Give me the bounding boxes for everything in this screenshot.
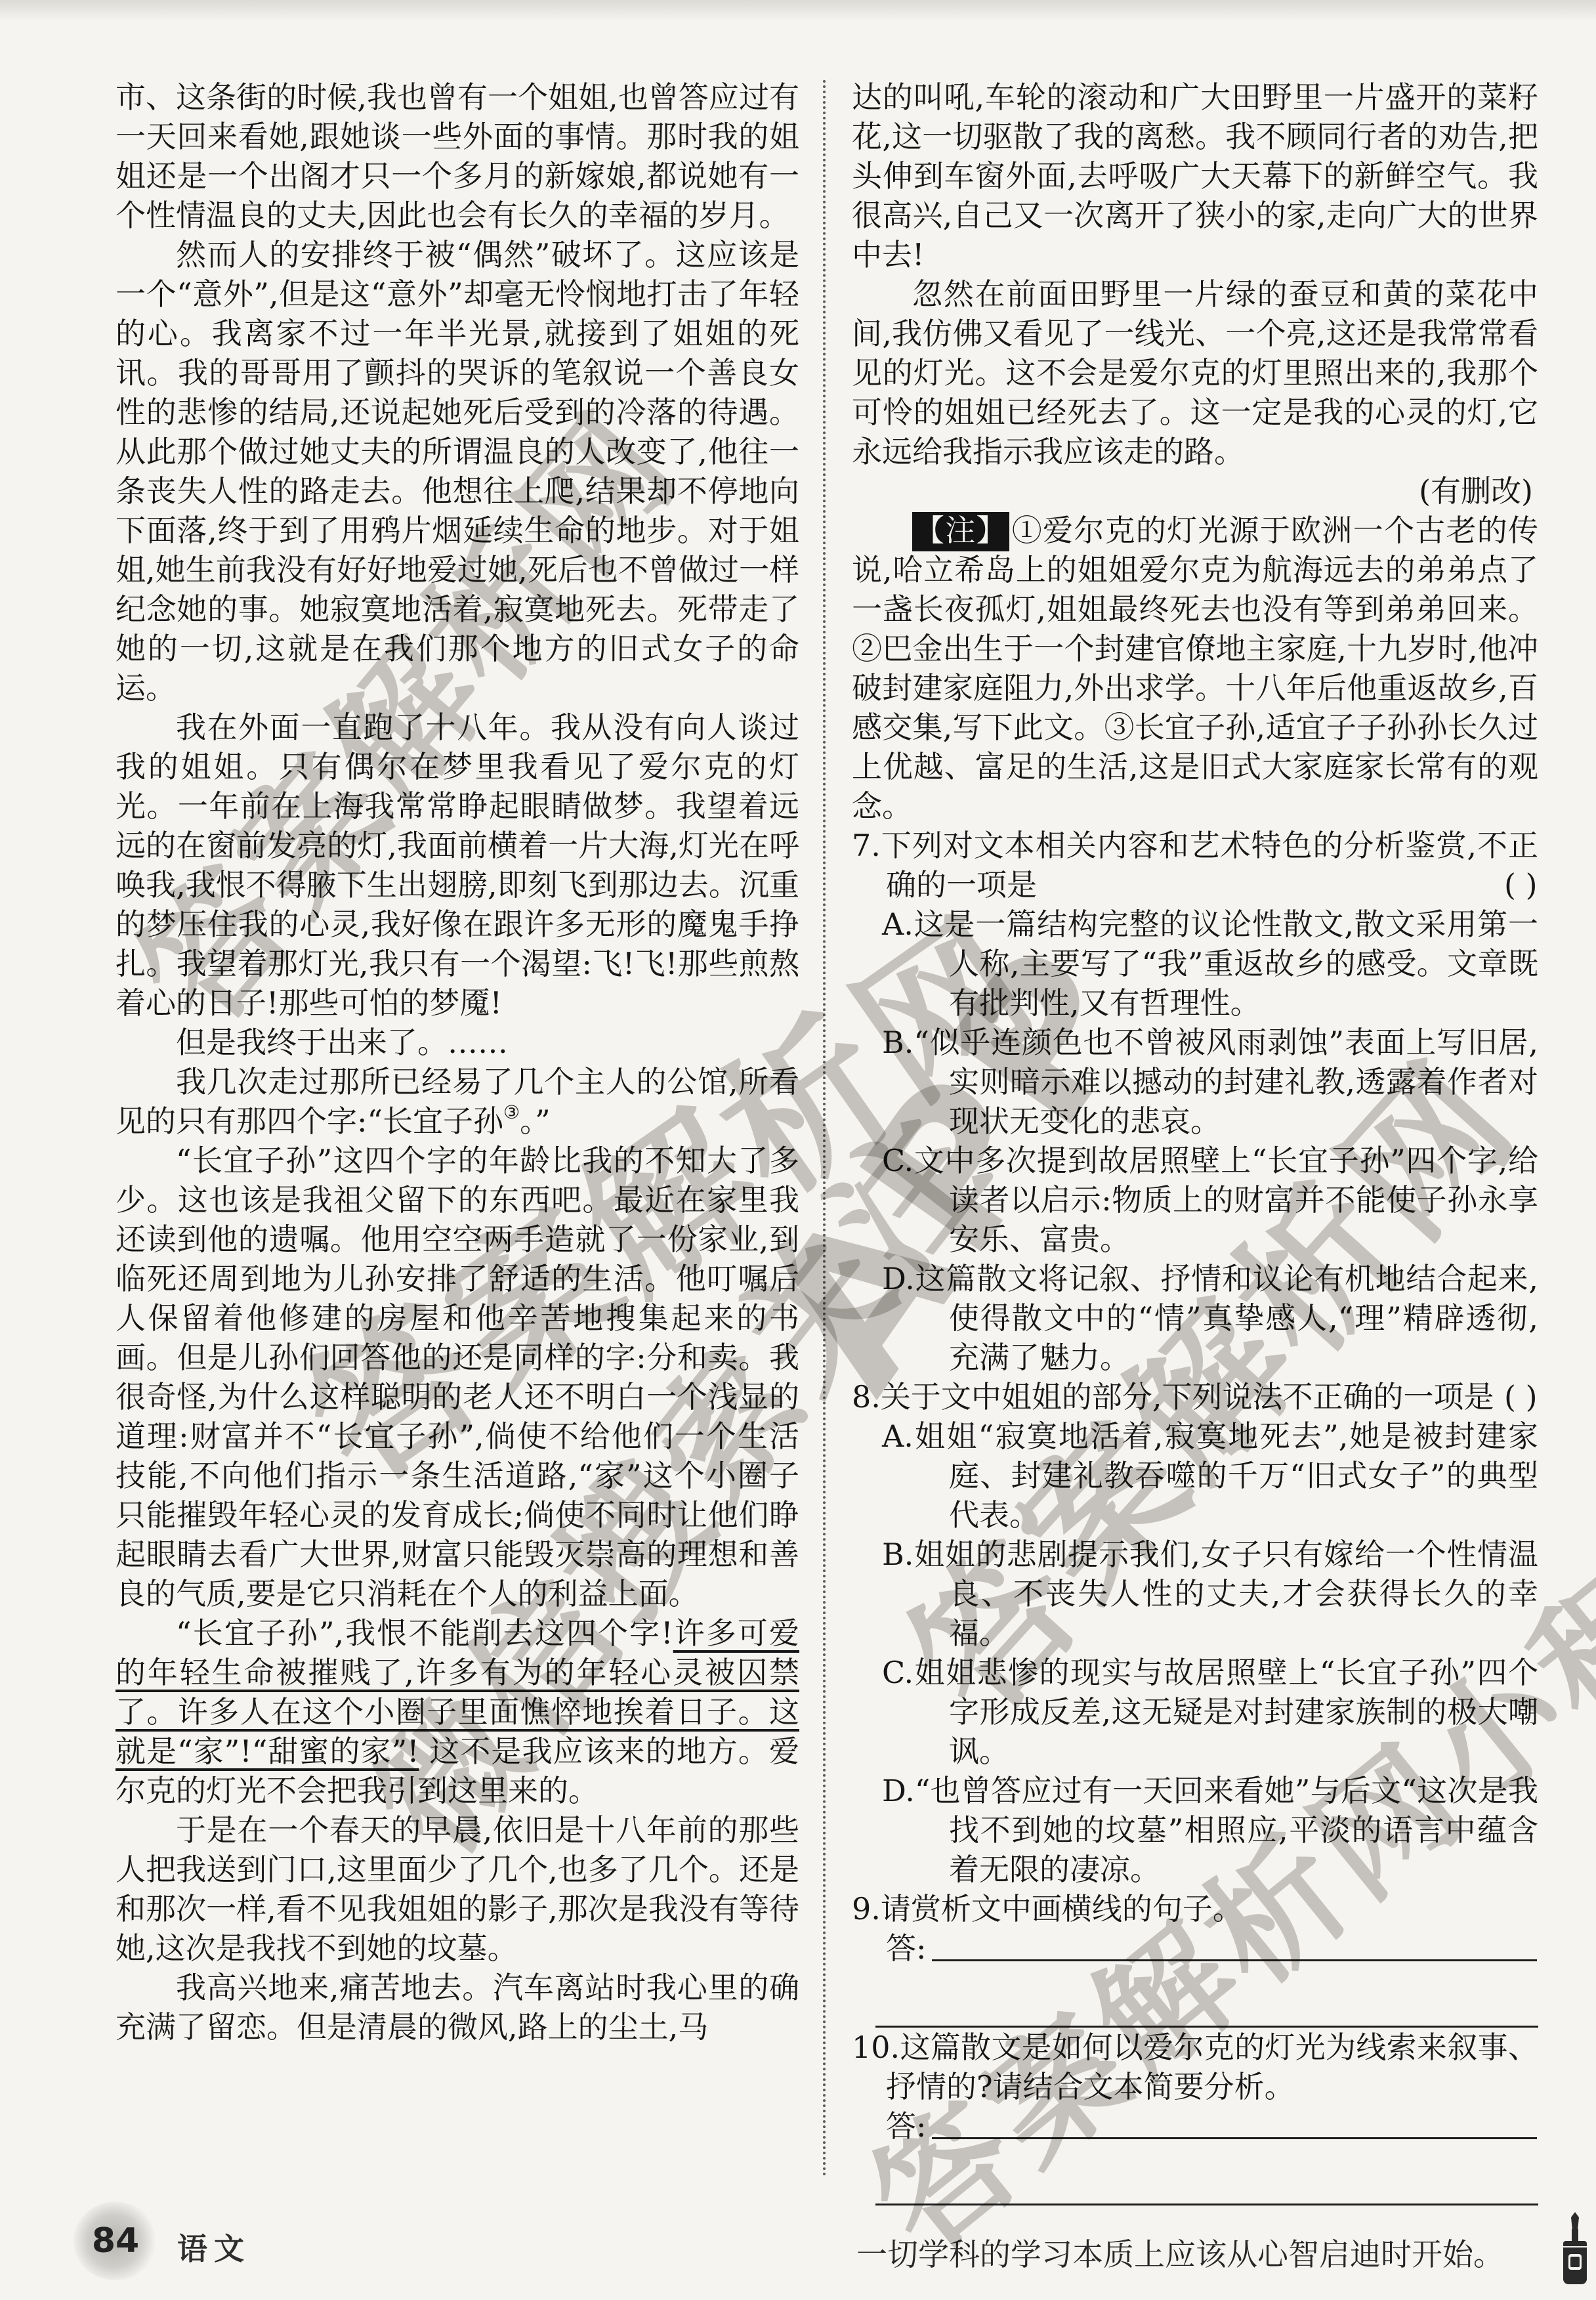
text-segment: 。”	[520, 1103, 551, 1139]
subject-label: 语文	[177, 2225, 251, 2268]
text-block: 7.下列对文本相关内容和艺术特色的分析鉴赏,不正确的一项是( )	[852, 826, 1538, 905]
answer-blank-line	[932, 1928, 1538, 1961]
text-block: B.姐姐的悲剧提示我们,女子只有嫁给一个性情温良、不丧失人性的丈夫,才会获得长久…	[852, 1535, 1538, 1653]
text-segment: 忽然在前面田野里一片绿的蚕豆和黄的菜花中间,我仿佛又看见了一线光、一个亮,这还是…	[852, 276, 1538, 469]
text-block: 【注】①爱尔克的灯光源于欧洲一个古老的传说,哈立希岛上的姐姐爱尔克为航海远去的弟…	[852, 511, 1538, 826]
text-segment: 但是我终于出来了。……	[176, 1025, 508, 1060]
text-segment: 我几次走过那所已经易了几个主人的公馆,所看见的只有那四个字:“长宜子孙	[115, 1064, 799, 1139]
text-block: A.姐姐“寂寞地活着,寂寞地死去”,她是被封建家庭、封建礼教吞噬的千万“旧式女子…	[852, 1416, 1538, 1535]
text-block: 8.关于文中姐姐的部分,下列说法不正确的一项是( )	[852, 1377, 1538, 1416]
text-segment: C.文中多次提到故居照壁上“长宜子孙”四个字,给读者以启示:物质上的财富并不能使…	[882, 1143, 1538, 1257]
text-segment: ③	[503, 1101, 520, 1123]
text-block: 达的叫吼,车轮的滚动和广大田野里一片盛开的菜籽花,这一切驱散了我的离愁。我不顾同…	[852, 77, 1538, 274]
text-segment: 然而人的安排终于被“偶然”破坏了。这应该是一个“意外”,但是这“意外”却毫无怜悯…	[115, 237, 799, 706]
text-segment: D.这篇散文将记叙、抒情和议论有机地结合起来,使得散文中的“情”真挚感人,“理”…	[882, 1261, 1538, 1375]
text-block: D.“也曾答应过有一天回来看她”与后文“这次是我找不到她的坟墓”相照应,平淡的语…	[852, 1771, 1538, 1889]
text-segment: 市、这条街的时候,我也曾有一个姐姐,也曾答应过有一天回来看她,跟她谈一些外面的事…	[115, 79, 799, 233]
text-segment: B.姐姐的悲剧提示我们,女子只有嫁给一个性情温良、不丧失人性的丈夫,才会获得长久…	[882, 1537, 1538, 1651]
text-segment: 8.关于文中姐姐的部分,下列说法不正确的一项是	[852, 1379, 1494, 1415]
left-column: 市、这条街的时候,我也曾有一个姐姐,也曾答应过有一天回来看她,跟她谈一些外面的事…	[115, 77, 799, 2047]
text-block: 但是我终于出来了。……	[115, 1023, 799, 1062]
text-segment: 于是在一个春天的早晨,依旧是十八年前的那些人把我送到门口,这里面少了几个,也多了…	[115, 1812, 799, 1966]
text-block: 我高兴地来,痛苦地去。汽车离站时我心里的确充满了留恋。但是清晨的微风,路上的尘土…	[115, 1968, 799, 2047]
text-segment: 答:	[886, 2106, 927, 2146]
text-block: A.这是一篇结构完整的议论性散文,散文采用第一人称,主要写了“我”重返故乡的感受…	[852, 905, 1538, 1023]
text-segment: 10.这篇散文是如何以爱尔克的灯光为线索来叙事、抒情的?请结合文本简要分析。	[852, 2030, 1538, 2104]
text-segment: C.姐姐悲惨的现实与故居照壁上“长宜子孙”四个字形成反差,这无疑是对封建家族制的…	[882, 1655, 1538, 1769]
text-segment: 7.下列对文本相关内容和艺术特色的分析鉴赏,不正确的一项是	[852, 828, 1538, 903]
text-segment: 达的叫吼,车轮的滚动和广大田野里一片盛开的菜籽花,这一切驱散了我的离愁。我不顾同…	[852, 79, 1538, 272]
text-block: “长宜子孙”这四个字的年龄比我的不知大了多少。这也该是我祖父留下的东西吧。最近在…	[115, 1141, 799, 1613]
text-block: 答:	[852, 1928, 1538, 1968]
text-segment: ①爱尔克的灯光源于欧洲一个古老的传说,哈立希岛上的姐姐爱尔克为航海远去的弟弟点了…	[852, 513, 1538, 824]
text-segment: 我在外面一直跑了十八年。我从没有向人谈过我的姐姐。只有偶尔在梦里我看见了爱尔克的…	[115, 710, 799, 1021]
answer-rule-line	[875, 1968, 1538, 2028]
page-number: 84	[92, 2221, 139, 2261]
page-number-badge: 84	[73, 2202, 157, 2280]
scan-top-edge	[0, 0, 1596, 21]
text-segment: B.“似乎连颜色也不曾被风雨剥蚀”表面上写旧居,实则暗示难以撼动的封建礼教,透露…	[882, 1025, 1538, 1139]
text-segment: A.这是一篇结构完整的议论性散文,散文采用第一人称,主要写了“我”重返故乡的感受…	[882, 906, 1538, 1021]
text-block: 10.这篇散文是如何以爱尔克的灯光为线索来叙事、抒情的?请结合文本简要分析。	[852, 2028, 1538, 2106]
text-block: 答:	[852, 2106, 1538, 2146]
text-block: C.文中多次提到故居照壁上“长宜子孙”四个字,给读者以启示:物质上的财富并不能使…	[852, 1141, 1538, 1259]
answer-blank-line	[932, 2106, 1538, 2139]
text-block: 然而人的安排终于被“偶然”破坏了。这应该是一个“意外”,但是这“意外”却毫无怜悯…	[115, 235, 799, 708]
text-segment: “长宜子孙”,我恨不能削去这四个字!	[176, 1615, 673, 1651]
ink-bottle-icon	[1558, 2212, 1593, 2286]
text-block: “长宜子孙”,我恨不能削去这四个字!许多可爱的年轻生命被摧贱了,许多有为的年轻心…	[115, 1613, 799, 1810]
text-block: 我在外面一直跑了十八年。我从没有向人谈过我的姐姐。只有偶尔在梦里我看见了爱尔克的…	[115, 708, 799, 1023]
text-block: D.这篇散文将记叙、抒情和议论有机地结合起来,使得散文中的“情”真挚感人,“理”…	[852, 1259, 1538, 1377]
text-segment: 我高兴地来,痛苦地去。汽车离站时我心里的确充满了留恋。但是清晨的微风,路上的尘土…	[115, 1970, 799, 2045]
text-block: 9.请赏析文中画横线的句子。	[852, 1889, 1538, 1928]
right-column: 达的叫吼,车轮的滚动和广大田野里一片盛开的菜籽花,这一切驱散了我的离愁。我不顾同…	[852, 77, 1538, 2205]
footer-quote: 一切学科的学习本质上应该从心智启迪时开始。	[856, 2230, 1547, 2274]
text-segment: (有删改)	[1419, 473, 1533, 509]
note-label: 【注】	[912, 512, 1009, 551]
text-block: B.“似乎连颜色也不曾被风雨剥蚀”表面上写旧居,实则暗示难以撼动的封建礼教,透露…	[852, 1023, 1538, 1141]
text-segment: 9.请赏析文中画横线的句子。	[852, 1891, 1243, 1927]
answer-rule-line	[875, 2146, 1538, 2205]
text-segment: “长宜子孙”这四个字的年龄比我的不知大了多少。这也该是我祖父留下的东西吧。最近在…	[115, 1143, 799, 1611]
text-block: 市、这条街的时候,我也曾有一个姐姐,也曾答应过有一天回来看她,跟她谈一些外面的事…	[115, 77, 799, 235]
text-block: (有删改)	[852, 471, 1538, 511]
column-divider	[823, 80, 826, 2178]
text-block: 我几次走过那所已经易了几个主人的公馆,所看见的只有那四个字:“长宜子孙③。”	[115, 1062, 799, 1141]
text-segment: A.姐姐“寂寞地活着,寂寞地死去”,她是被封建家庭、封建礼教吞噬的千万“旧式女子…	[882, 1418, 1538, 1533]
text-block: 忽然在前面田野里一片绿的蚕豆和黄的菜花中间,我仿佛又看见了一线光、一个亮,这还是…	[852, 274, 1538, 471]
text-block: C.姐姐悲惨的现实与故居照壁上“长宜子孙”四个字形成反差,这无疑是对封建家族制的…	[852, 1653, 1538, 1771]
text-segment: D.“也曾答应过有一天回来看她”与后文“这次是我找不到她的坟墓”相照应,平淡的语…	[882, 1773, 1538, 1887]
text-block: 于是在一个春天的早晨,依旧是十八年前的那些人把我送到门口,这里面少了几个,也多了…	[115, 1810, 799, 1968]
text-segment: 答:	[886, 1928, 927, 1968]
